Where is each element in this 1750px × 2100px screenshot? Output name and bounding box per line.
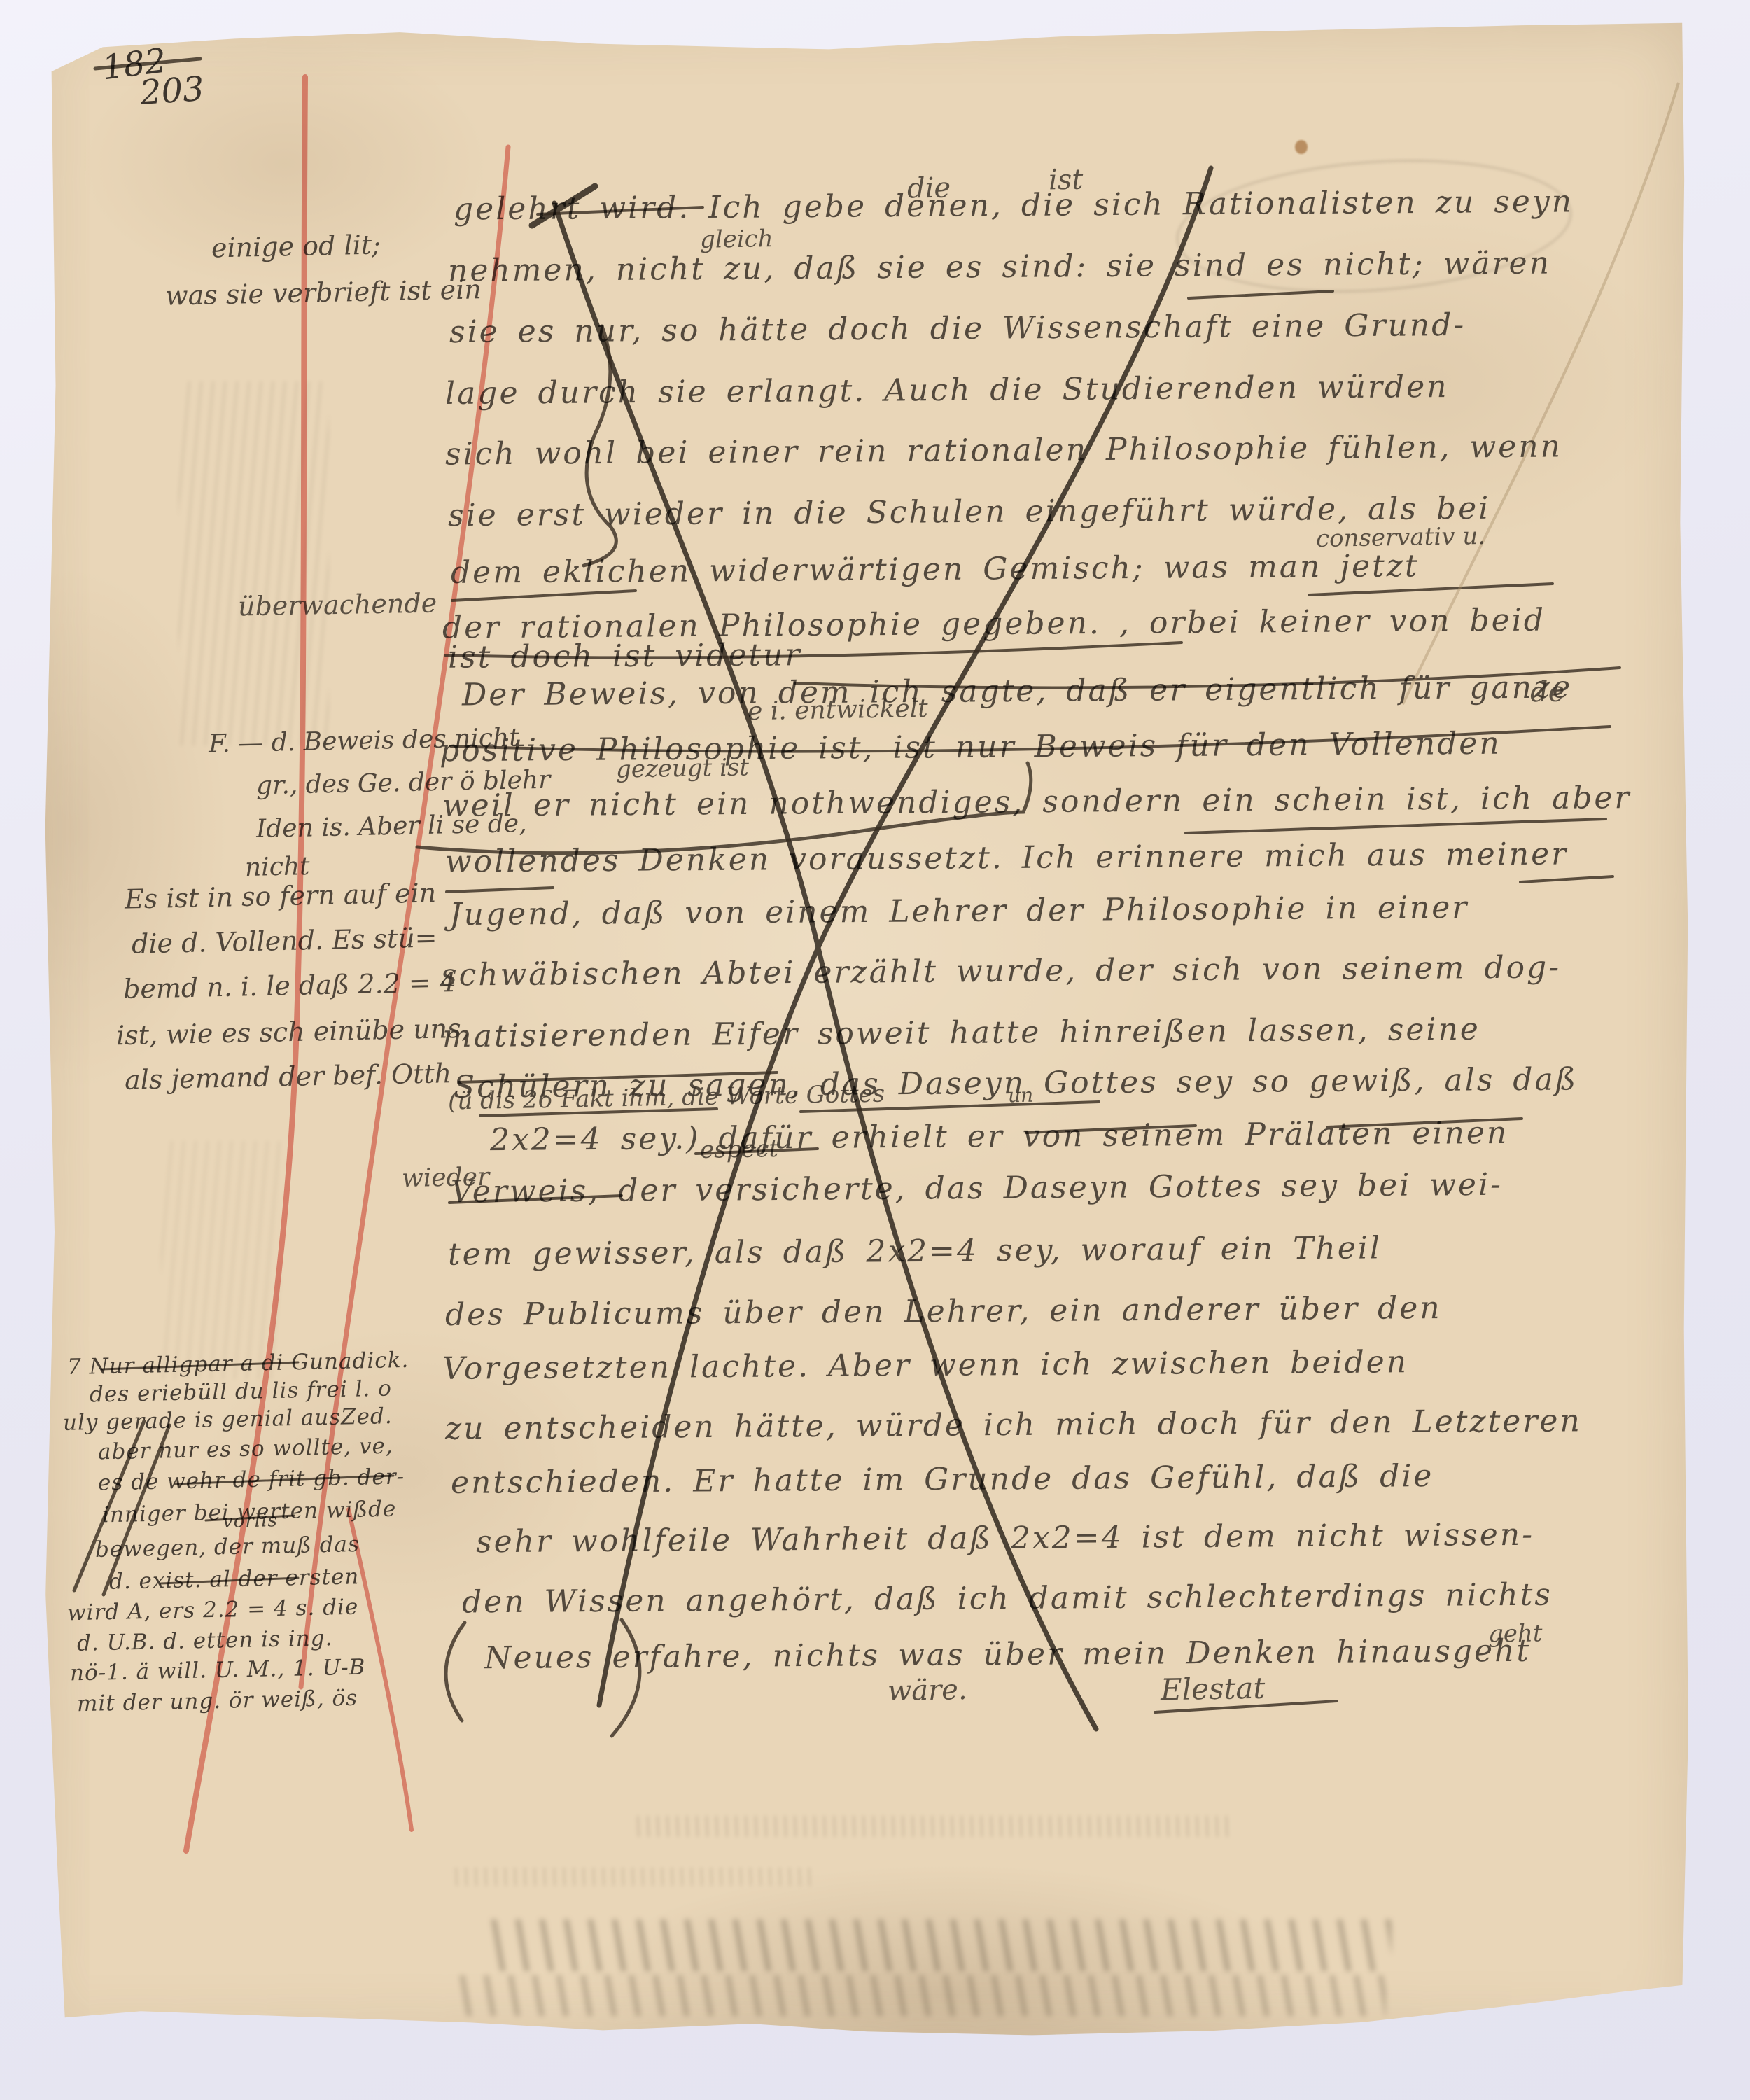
close-paren-mark <box>612 1620 640 1736</box>
cancellation-x-strokes <box>532 168 1211 1729</box>
strike-mark <box>206 1515 294 1520</box>
strike-mark <box>696 1149 818 1154</box>
strike-mark-wavy <box>445 643 1182 657</box>
strike-mark-wavy <box>795 668 1620 687</box>
cancellation-x-stroke-a <box>554 203 1096 1729</box>
margin-slash-mark <box>104 1425 169 1595</box>
red-crayon-stroke-right <box>301 147 508 1687</box>
strike-mark <box>801 1102 1099 1112</box>
strike-mark <box>449 1196 622 1203</box>
strike-mark <box>452 591 636 601</box>
open-paren-mark <box>446 1623 465 1721</box>
red-crayon-stroke-bottom <box>349 1509 412 1830</box>
red-crayon-strokes <box>186 77 508 1851</box>
strike-mark <box>459 1072 777 1082</box>
margin-slash-mark <box>74 1421 144 1590</box>
margin-brace <box>584 326 616 566</box>
margin-connector-line <box>417 763 1031 853</box>
strike-mark <box>480 1109 717 1116</box>
strike-mark <box>1026 1126 1196 1133</box>
word-strike-marks <box>95 59 1620 1712</box>
strike-mark <box>161 1578 298 1583</box>
connector-brace-marks <box>74 326 1031 1736</box>
strike-mark <box>1309 584 1553 595</box>
strike-mark <box>1520 876 1613 882</box>
cancellation-x-stroke-b <box>599 168 1211 1705</box>
scanned-manuscript: 182 203 gelehrt wird. Ich gebe denen, di… <box>0 0 1750 2100</box>
strike-mark <box>1155 1701 1337 1712</box>
strike-mark-wavy <box>451 727 1610 752</box>
faint-diagonal-ghost-stroke <box>1403 83 1679 704</box>
strike-mark <box>447 888 553 892</box>
strike-mark <box>1186 819 1606 833</box>
strike-page-number <box>95 59 200 69</box>
strike-mark <box>1327 1119 1522 1127</box>
red-crayon-stroke-left <box>186 77 305 1851</box>
strike-mark <box>1189 291 1333 298</box>
editing-marks-overlay <box>0 0 1750 2100</box>
cancellation-x-tick <box>532 186 595 225</box>
strike-mark <box>175 1476 393 1484</box>
